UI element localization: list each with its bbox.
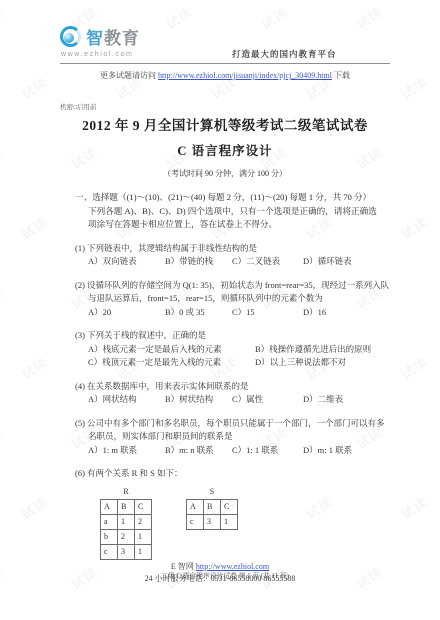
watermark-text: 试读: [397, 352, 431, 383]
question-2-number: (2): [75, 280, 85, 290]
table-row: c 3 1: [187, 515, 238, 530]
question-1-number: (1): [75, 243, 85, 253]
option: B）0 或 35: [165, 306, 232, 319]
watermark-text: 试读: [397, 72, 431, 103]
option: D）循环链表: [303, 255, 352, 268]
logo-row: 智教育 www.ezhiol.com 打造最大的国内教育平台: [60, 24, 390, 62]
section-heading: 一、选择题（(1)～(10)、(21)～(40) 每题 2 分，(11)～(20…: [60, 191, 390, 204]
option: A）双向链表: [88, 255, 165, 268]
brand-tagline: 打造最大的国内教育平台: [232, 48, 337, 60]
question-3-stem: (3) 下列关于栈的叙述中，正确的是: [75, 329, 390, 342]
option: A）20: [88, 306, 165, 319]
table-cell: a: [101, 515, 118, 530]
exam-duration-info: （考试时间 90 分钟，满分 100 分）: [60, 168, 390, 179]
watermark-text: 试读: [17, 492, 51, 523]
option: D）二维表: [303, 393, 343, 406]
table-cell: c: [101, 545, 118, 560]
page: 试读试读试读试读试读试读试读试读试读试读试读试读试读试读试读试读试读试读试读试读…: [0, 0, 440, 620]
footer-service-line: 24 小时服务电话：0531-86558000 86555588: [0, 573, 440, 585]
option: A）1: m 联系: [88, 444, 165, 457]
table-cell: C: [135, 500, 152, 515]
more-exams-suffix: 下载: [334, 71, 350, 80]
section-instructions: 下列各题 A)、B)、C)、D) 四个选项中，只有一个选项是正确的，请将正确选项…: [60, 205, 378, 231]
option: C）属性: [232, 393, 303, 406]
watermark-text: 试读: [397, 492, 431, 523]
confidential-notice: 机密□启用前: [60, 102, 390, 111]
brand-text: 智教育: [86, 24, 140, 49]
table-row: A B C: [101, 500, 152, 515]
question-6-number: (6): [75, 468, 85, 478]
table-cell: 1: [221, 515, 238, 530]
question-3-text: 下列关于栈的叙述中，正确的是: [87, 330, 206, 340]
option: D）16: [303, 306, 326, 319]
watermark-text: 试读: [0, 142, 6, 173]
relation-s-table: A B C c 3 1: [186, 499, 238, 530]
option: B）栈操作遵循先进后出的原则: [255, 343, 388, 356]
exam-subtitle: C 语言程序设计: [60, 141, 390, 159]
option: A）栈底元素一定是最后入栈的元素: [88, 343, 255, 356]
table-cell: B: [118, 500, 135, 515]
relation-r-caption: R: [100, 486, 152, 498]
question-4-text: 在关系数据库中，用来表示实体间联系的是: [87, 381, 249, 391]
question-5-options: A）1: m 联系 B）m: n 联系 C）1: 1 联系 D）m: 1 联系: [88, 444, 390, 457]
option: C）1: 1 联系: [232, 444, 303, 457]
question-4-stem: (4) 在关系数据库中，用来表示实体间联系的是: [75, 380, 390, 393]
question-6: (6) 有两个关系 R 和 S 如下： R A B C a 1 2: [60, 467, 390, 560]
watermark-text: 试读: [0, 282, 6, 313]
exam-title: 2012 年 9 月全国计算机等级考试二级笔试试卷: [60, 114, 390, 134]
brand-website: www.ezhiol.com: [61, 51, 134, 58]
relation-table-s: S A B C c 3 1: [186, 486, 238, 560]
question-3: (3) 下列关于栈的叙述中，正确的是 A）栈底元素一定是最后入栈的元素 B）栈操…: [60, 329, 390, 368]
watermark-text: 试读: [17, 212, 51, 243]
option: C）栈顶元素一定是最先入栈的元素: [88, 356, 255, 369]
question-5-stem: (5) 公司中有多个部门和多名职员，每个职员只能属于一个部门，一个部门可以有多名…: [75, 417, 390, 443]
footer-site-link[interactable]: http://www.ezhiol.com: [196, 562, 269, 571]
brand-text-rest: 教育: [104, 29, 140, 48]
question-4-number: (4): [75, 381, 85, 391]
header-divider: [60, 63, 390, 64]
table-cell: 3: [204, 515, 221, 530]
option: C）15: [232, 306, 303, 319]
logo[interactable]: 智教育: [60, 24, 140, 49]
question-1-options: A）双向链表 B）带链的栈 C）二叉链表 D）循环链表: [88, 255, 390, 268]
option: D）m: 1 联系: [303, 444, 352, 457]
question-5: (5) 公司中有多个部门和多名职员，每个职员只能属于一个部门，一个部门可以有多名…: [60, 417, 390, 456]
question-3-options: A）栈底元素一定是最后入栈的元素 B）栈操作遵循先进后出的原则 C）栈顶元素一定…: [88, 343, 388, 369]
watermark-text: 试读: [17, 352, 51, 383]
relation-r-table: A B C a 1 2 b 2 1: [100, 499, 152, 560]
site-header: 智教育 www.ezhiol.com 打造最大的国内教育平台 更多试题请访问 h…: [60, 24, 390, 81]
table-cell: 1: [118, 515, 135, 530]
table-cell: 2: [118, 530, 135, 545]
table-cell: C: [221, 500, 238, 515]
watermark-text: 试读: [17, 72, 51, 103]
more-exams-link[interactable]: http://www.ezhiol.com/jisuanji/index/pjc…: [158, 71, 332, 80]
question-4-options: A）网状结构 B）树状结构 C）属性 D）二维表: [88, 393, 390, 406]
question-6-text: 有两个关系 R 和 S 如下：: [87, 468, 182, 478]
exam-document: 机密□启用前 2012 年 9 月全国计算机等级考试二级笔试试卷 C 语言程序设…: [60, 102, 390, 580]
watermark-text: 试读: [0, 2, 6, 33]
question-2-text: 设循环队列的存储空间为 Q(1: 35)，初始状态为 front=rear=35…: [87, 280, 389, 303]
option: D）以上三种说法都不对: [255, 356, 388, 369]
relation-s-caption: S: [186, 486, 238, 498]
table-row: a 1 2: [101, 515, 152, 530]
table-cell: 3: [118, 545, 135, 560]
question-2-options: A）20 B）0 或 35 C）15 D）16: [88, 306, 390, 319]
question-2: (2) 设循环队列的存储空间为 Q(1: 35)，初始状态为 front=rea…: [60, 279, 390, 318]
site-footer: E 智网 http://www.ezhiol.com 24 小时服务电话：053…: [0, 561, 440, 584]
table-cell: B: [204, 500, 221, 515]
table-cell: c: [187, 515, 204, 530]
question-1: (1) 下列链表中，其逻辑结构属于非线性结构的是 A）双向链表 B）带链的栈 C…: [60, 242, 390, 269]
more-exams-prefix: 更多试题请访问: [100, 71, 156, 80]
question-1-stem: (1) 下列链表中，其逻辑结构属于非线性结构的是: [75, 242, 390, 255]
option: B）m: n 联系: [165, 444, 232, 457]
option: C）二叉链表: [232, 255, 303, 268]
table-row: c 3 1: [101, 545, 152, 560]
table-cell: 1: [135, 545, 152, 560]
question-4: (4) 在关系数据库中，用来表示实体间联系的是 A）网状结构 B）树状结构 C）…: [60, 380, 390, 407]
question-2-stem: (2) 设循环队列的存储空间为 Q(1: 35)，初始状态为 front=rea…: [75, 279, 390, 305]
option: B）树状结构: [165, 393, 232, 406]
table-cell: 1: [135, 530, 152, 545]
footer-site-line: E 智网 http://www.ezhiol.com: [0, 561, 440, 573]
table-cell: A: [101, 500, 118, 515]
option: B）带链的栈: [165, 255, 232, 268]
question-3-number: (3): [75, 330, 85, 340]
relation-table-r: R A B C a 1 2 b: [100, 486, 152, 560]
question-6-stem: (6) 有两个关系 R 和 S 如下：: [75, 467, 390, 480]
table-row: A B C: [187, 500, 238, 515]
table-cell: b: [101, 530, 118, 545]
table-cell: A: [187, 500, 204, 515]
watermark-text: 试读: [397, 212, 431, 243]
option: A）网状结构: [88, 393, 165, 406]
brand-text-zhi: 智: [86, 29, 104, 48]
relation-tables: R A B C a 1 2 b: [100, 486, 390, 560]
brand-logo-icon: [60, 26, 81, 47]
more-exams-line: 更多试题请访问 http://www.ezhiol.com/jisuanji/i…: [60, 70, 390, 81]
question-1-text: 下列链表中，其逻辑结构属于非线性结构的是: [87, 243, 257, 253]
table-cell: 2: [135, 515, 152, 530]
footer-site-name: E 智网: [171, 562, 194, 571]
table-row: b 2 1: [101, 530, 152, 545]
question-5-number: (5): [75, 418, 85, 428]
question-5-text: 公司中有多个部门和多名职员，每个职员只能属于一个部门，一个部门可以有多名职员，则…: [87, 418, 385, 441]
logo-sphere-icon: [64, 33, 74, 43]
watermark-text: 试读: [0, 422, 6, 453]
